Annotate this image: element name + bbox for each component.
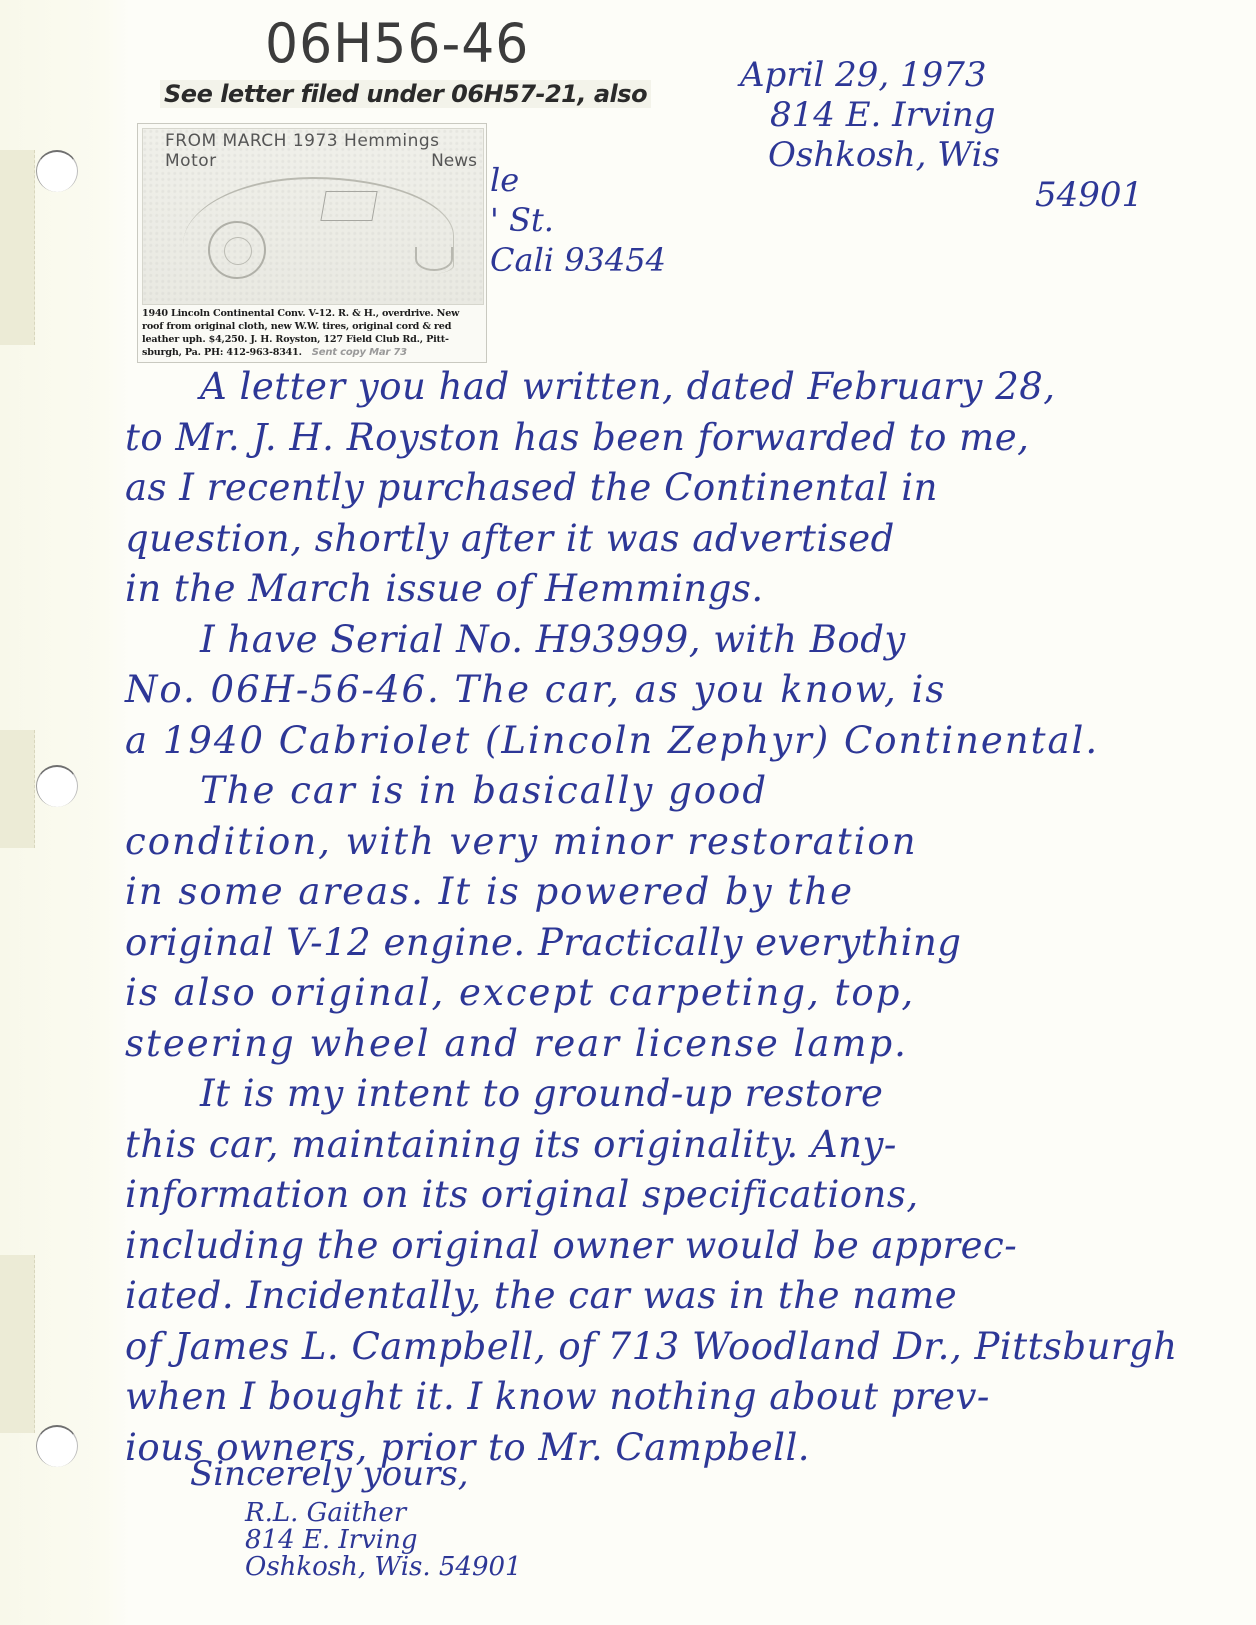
recipient-line: Cali 93454 (490, 240, 666, 280)
signature-name: R.L. Gaither (245, 1500, 522, 1527)
caption-line: sburgh, Pa. PH: 412-963-8341.Sent copy M… (142, 346, 486, 359)
body-line: this car, maintaining its originality. A… (125, 1120, 1215, 1171)
car-photo: FROM MARCH 1973 Hemmings Motor News (142, 128, 484, 305)
tape-strip (0, 150, 35, 345)
sender-street: 814 E. Irving (770, 95, 1143, 135)
body-line: question, shortly after it was advertise… (125, 514, 1215, 565)
body-line: to Mr. J. H. Royston has been forwarded … (125, 413, 1215, 464)
file-cross-reference-note: See letter filed under 06H57-21, also (160, 80, 651, 108)
caption-line: roof from original cloth, new W.W. tires… (142, 320, 486, 333)
body-line: condition, with very minor restoration (125, 817, 1215, 868)
pencil-note: Sent copy Mar 73 (312, 347, 407, 358)
punch-hole-icon (36, 1425, 78, 1467)
body-line: as I recently purchased the Continental … (125, 463, 1215, 514)
letter-date: April 29, 1973 (740, 55, 1143, 95)
car-wheel-icon (415, 247, 453, 271)
body-line: is also original, except carpeting, top, (125, 968, 1215, 1019)
punch-hole-icon (36, 765, 78, 807)
letter-body: A letter you had written, dated February… (125, 362, 1215, 1473)
clipping-caption: 1940 Lincoln Continental Conv. V-12. R. … (142, 307, 486, 359)
body-line: when I bought it. I know nothing about p… (125, 1372, 1215, 1423)
body-line: in the March issue of Hemmings. (125, 564, 1215, 615)
body-line: It is my intent to ground-up restore (125, 1069, 1215, 1120)
sender-zip: 54901 (1035, 175, 1143, 215)
body-line: iated. Incidentally, the car was in the … (125, 1271, 1215, 1322)
tape-strip (0, 730, 35, 848)
signature-block: R.L. Gaither 814 E. Irving Oshkosh, Wis.… (245, 1500, 522, 1581)
body-line: I have Serial No. H93999, with Body (125, 615, 1215, 666)
body-line: No. 06H-56-46. The car, as you know, is (125, 665, 1215, 716)
sender-address-block: April 29, 1973 814 E. Irving Oshkosh, Wi… (740, 55, 1143, 215)
clipping-source-note-2: News (431, 151, 477, 171)
recipient-line: ' St. (490, 200, 666, 240)
body-line: in some areas. It is powered by the (125, 867, 1215, 918)
recipient-address-block: le ' St. Cali 93454 (490, 160, 666, 280)
body-line: information on its original specificatio… (125, 1170, 1215, 1221)
body-line: original V-12 engine. Practically everyt… (125, 918, 1215, 969)
punch-hole-icon (36, 150, 78, 192)
signature-city: Oshkosh, Wis. 54901 (245, 1554, 522, 1581)
caption-line: 1940 Lincoln Continental Conv. V-12. R. … (142, 307, 486, 320)
sender-city-state: Oshkosh, Wis (768, 135, 1143, 175)
body-line: steering wheel and rear license lamp. (125, 1019, 1215, 1070)
newspaper-clipping: FROM MARCH 1973 Hemmings Motor News 1940… (137, 123, 487, 363)
car-wheel-icon (208, 221, 266, 279)
car-window-icon (320, 191, 377, 221)
file-number: 06H56-46 (265, 13, 529, 76)
body-line: a 1940 Cabriolet (Lincoln Zephyr) Contin… (125, 716, 1215, 767)
caption-line: leather uph. $4,250. J. H. Royston, 127 … (142, 333, 486, 346)
body-line: of James L. Campbell, of 713 Woodland Dr… (125, 1322, 1215, 1373)
body-line: including the original owner would be ap… (125, 1221, 1215, 1272)
body-line: A letter you had written, dated February… (125, 362, 1215, 413)
body-line: The car is in basically good (125, 766, 1215, 817)
tape-strip (0, 1255, 35, 1433)
signature-street: 814 E. Irving (245, 1527, 522, 1554)
closing-salutation: Sincerely yours, (190, 1455, 469, 1493)
recipient-line: le (490, 160, 666, 200)
